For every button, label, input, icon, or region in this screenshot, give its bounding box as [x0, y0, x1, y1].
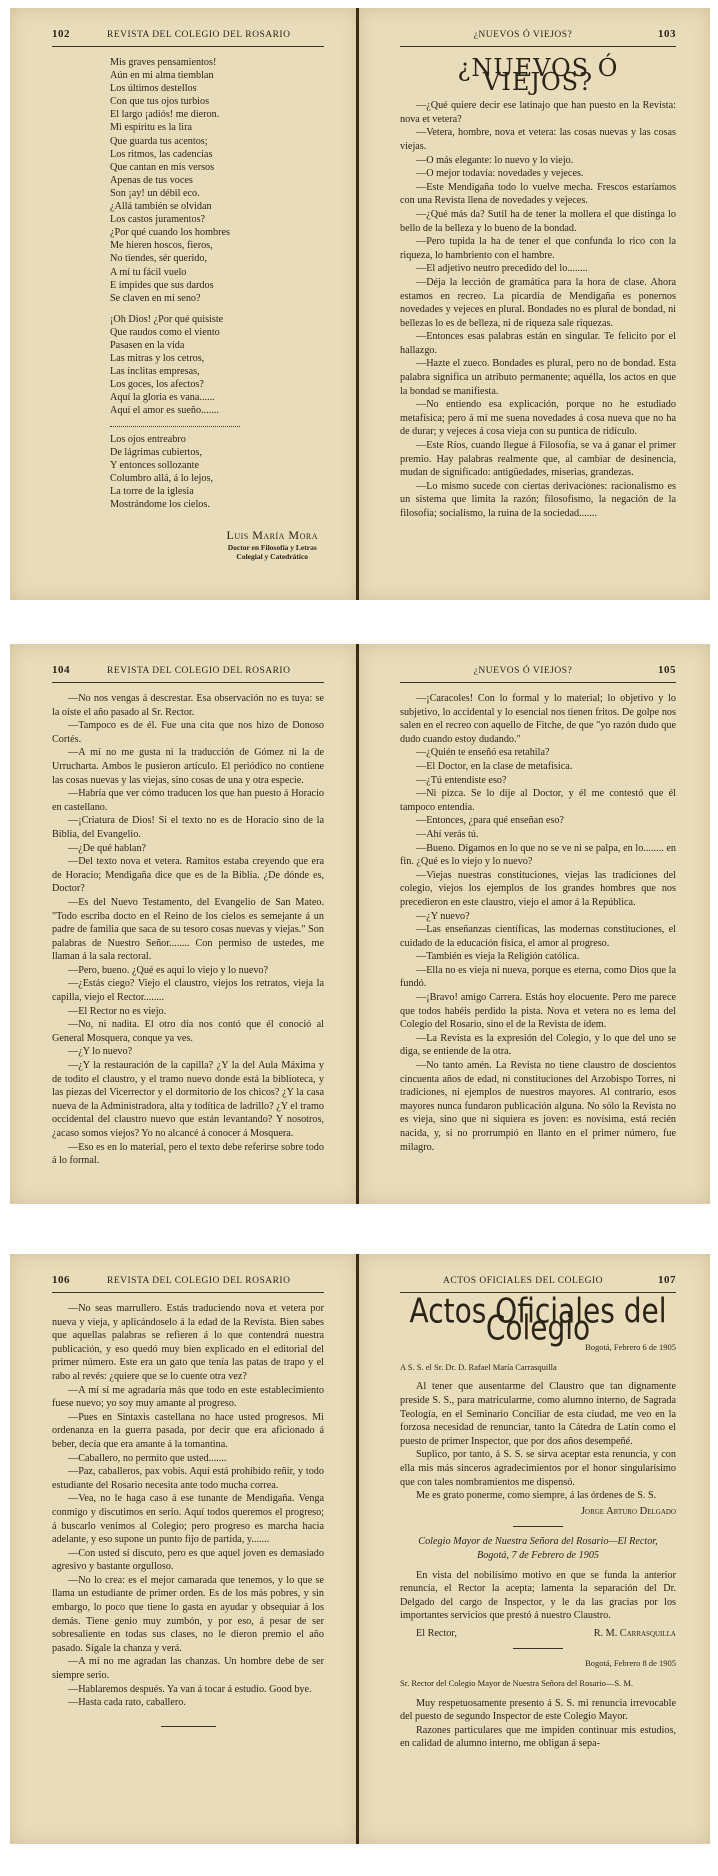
section-title: Actos Oficiales del Colegio [400, 1303, 676, 1336]
paragraph: Suplico, por tanto, á S. S. se sirva ace… [400, 1448, 676, 1489]
paragraph: —Ella no es vieja ni nueva, porque es et… [400, 964, 676, 991]
spread-106-107: 106 Revista del Colegio del Rosario —No … [0, 1254, 718, 1844]
poem-line: Pasasen en la vida [110, 339, 240, 352]
spread-104-105: 104 Revista del Colegio del Rosario —No … [0, 644, 718, 1204]
author-name: Luis María Mora [226, 528, 318, 543]
paragraph: —Hazte el zueco. Bondades es plural, per… [400, 357, 676, 398]
paragraph: —No, ni nadita. El otro día nos contó qu… [52, 1018, 324, 1045]
page-number: 105 [658, 664, 676, 676]
poem-line: Columbro allá, á lo lejos, [110, 472, 240, 485]
paragraph: —Ni pizca. Se lo dije al Doctor, y él me… [400, 787, 676, 814]
page-103: ¿Nuevos ó viejos? 103 ¿NUEVOS Ó VIEJOS? … [358, 8, 710, 600]
paragraph: —¿Y lo nuevo? [52, 1045, 324, 1059]
paragraph: —Es del Nuevo Testamento, del Evangelio … [52, 896, 324, 964]
poem-line: Las ínclitas empresas, [110, 365, 240, 378]
paragraph: —Hasta cada rato, caballero. [52, 1696, 324, 1710]
poem-line: Los ojos entreabro [110, 433, 240, 446]
paragraph: —El adjetivo neutro precedido del lo....… [400, 262, 676, 276]
page-number: 104 [52, 664, 70, 676]
paragraph: Razones particulares que me impiden cont… [400, 1724, 676, 1751]
page-107: Actos oficiales del Colegio 107 Actos Of… [358, 1254, 710, 1844]
running-head: ¿Nuevos ó viejos? 105 [400, 664, 676, 683]
running-title: Revista del Colegio del Rosario [107, 30, 290, 40]
poem-line: Que cantan en mis versos [110, 161, 240, 174]
poem-signature: Luis María Mora Doctor en Filosofía y Le… [226, 528, 318, 561]
section-rule [513, 1526, 563, 1527]
poem-line: Aún en mi alma tiemblan [110, 69, 240, 82]
paragraph: —Entonces, ¿para qué enseñan eso? [400, 814, 676, 828]
poem-line: De lágrimas cubiertos, [110, 446, 240, 459]
paragraph: —¿Estás ciego? Viejo el claustro, viejos… [52, 977, 324, 1004]
page-number: 102 [52, 28, 70, 40]
running-title: Actos oficiales del Colegio [400, 1276, 646, 1286]
paragraph: —Habría que ver cómo traducen los que ha… [52, 787, 324, 814]
poem-line: ¿Por qué cuando los hombres [110, 226, 240, 239]
article-body: —¡Caracoles! Con lo formal y lo material… [400, 692, 676, 1154]
letter-date: Bogotá, Febrero 8 de 1905 [400, 1657, 676, 1671]
letter-paragraphs: Al tener que ausentarme del Claustro que… [400, 1380, 676, 1502]
book-gutter [356, 8, 359, 600]
signoff-left: El Rector, [400, 1627, 457, 1641]
poem-line: Mostrándome los cielos. [110, 498, 240, 511]
paragraph: Al tener que ausentarme del Claustro que… [400, 1380, 676, 1448]
article-body: Actos Oficiales del Colegio Bogotá, Febr… [400, 1302, 676, 1751]
paragraph: —Pues en Sintaxis castellana no hace ust… [52, 1411, 324, 1452]
poem-stanza: Los ojos entreabroDe lágrimas cubiertos,… [110, 433, 240, 512]
paragraph: —Bueno. Digamos en lo que no se ve ni se… [400, 842, 676, 869]
poem-line: Aquí la gloria es vana...... [110, 391, 240, 404]
letter-addressee: Sr. Rector del Colegio Mayor de Nuestra … [400, 1677, 676, 1691]
paragraph: —A mí no me agradan las chanzas. Un homb… [52, 1655, 324, 1682]
paragraph: —Hablaremos después. Ya van á tocar á es… [52, 1683, 324, 1697]
poem-line: Con que tus ojos turbios [110, 95, 240, 108]
resolution-heading: Colegio Mayor de Nuestra Señora del Rosa… [400, 1535, 676, 1549]
paragraph: —No tanto amén. La Revista no tiene clau… [400, 1059, 676, 1154]
end-rule [161, 1726, 216, 1727]
resolution-paragraph: En vista del nobilísimo motivo en que se… [400, 1569, 676, 1623]
paragraph: —¿Tú entendiste eso? [400, 774, 676, 788]
paragraph: —A mí no me gusta ni la traducción de Gó… [52, 746, 324, 787]
paragraph: —Las enseñanzas científicas, las moderna… [400, 923, 676, 950]
article-body: ¿NUEVOS Ó VIEJOS? —¿Qué quiere decir ese… [400, 56, 676, 521]
letter-paragraphs: Muy respetuosamente presento á S. S. mi … [400, 1697, 676, 1751]
paragraph: —El Doctor, en la clase de metafísica. [400, 760, 676, 774]
book-gutter [356, 644, 359, 1204]
paragraph: —¡Bravo! amigo Carrera. Estás hoy elocue… [400, 991, 676, 1032]
poem-line: Los ritmos, las cadencias [110, 148, 240, 161]
page-105: ¿Nuevos ó viejos? 105 —¡Caracoles! Con l… [358, 644, 710, 1204]
poem-line: Y entonces sollozante [110, 459, 240, 472]
paragraph: —Con usted sí discuto, pero es que aquel… [52, 1547, 324, 1574]
paragraph: —Este Mendigaña todo lo vuelve mecha. Fr… [400, 181, 676, 208]
paragraph: —No entiendo esa explicación, porque no … [400, 398, 676, 439]
paragraph: —Lo mismo sucede con ciertas derivacione… [400, 480, 676, 521]
poem-line: Mis graves pensamientos! [110, 56, 240, 69]
page-number: 106 [52, 1274, 70, 1286]
article-body: —No nos vengas á descrestar. Esa observa… [52, 692, 324, 1168]
paragraph: —¿Quién te enseñó esa retahila? [400, 746, 676, 760]
running-title: ¿Nuevos ó viejos? [400, 666, 646, 676]
author-credential: Doctor en Filosofía y Letras [226, 543, 318, 552]
paragraph: —El Rector no es viejo. [52, 1005, 324, 1019]
spread-102-103: 102 Revista del Colegio del Rosario Mis … [0, 8, 718, 600]
paragraph: —Vetera, hombre, nova et vetera: las cos… [400, 126, 676, 153]
resolution-signoff: El Rector, R. M. Carrasquilla [400, 1627, 676, 1641]
running-head: 104 Revista del Colegio del Rosario [52, 664, 324, 683]
page-number: 103 [658, 28, 676, 40]
running-title: Revista del Colegio del Rosario [107, 1276, 290, 1286]
poem-line: ¿Allá también se olvidan [110, 200, 240, 213]
poem-line: Los últimos destellos [110, 82, 240, 95]
page-104: 104 Revista del Colegio del Rosario —No … [10, 644, 358, 1204]
section-rule [513, 1648, 563, 1649]
paragraph: —Entonces esas palabras están en singula… [400, 330, 676, 357]
poem-line: Que raudos como el viento [110, 326, 240, 339]
signoff-right: R. M. Carrasquilla [594, 1627, 676, 1641]
paragraph: —Este Ríos, cuando llegue á Filosofía, s… [400, 439, 676, 480]
poem-line: ¡Oh Dios! ¿Por qué quisiste [110, 313, 240, 326]
paragraph: —A mí sí me agradaría más que todo en es… [52, 1384, 324, 1411]
poem-line: Apenas de tus voces [110, 174, 240, 187]
poem-line: A mí tu fácil vuelo [110, 266, 240, 279]
running-head: 106 Revista del Colegio del Rosario [52, 1274, 324, 1293]
paragraph: —También es vieja la Religión católica. [400, 950, 676, 964]
running-head: Actos oficiales del Colegio 107 [400, 1274, 676, 1293]
poem-line: No tiendes, sér querido, [110, 252, 240, 265]
article-body: —No seas marrullero. Estás traduciendo n… [52, 1302, 324, 1727]
page-102: 102 Revista del Colegio del Rosario Mis … [10, 8, 358, 600]
paragraph: —No lo crea: es el mejor camarada que te… [52, 1574, 324, 1656]
paragraph: —¿Qué quiere decir ese latinajo que han … [400, 99, 676, 126]
running-title: ¿Nuevos ó viejos? [400, 30, 646, 40]
paragraph: —Del texto nova et vetera. Ramitos estab… [52, 855, 324, 896]
paragraph: —No nos vengas á descrestar. Esa observa… [52, 692, 324, 719]
paragraph: Me es grato ponerme, como siempre, á las… [400, 1489, 676, 1503]
paragraph: —Viejas nuestras constituciones, viejas … [400, 869, 676, 910]
paragraphs: —¿Qué quiere decir ese latinajo que han … [400, 99, 676, 520]
paragraph: —¿De qué hablan? [52, 842, 324, 856]
running-head: 102 Revista del Colegio del Rosario [52, 28, 324, 47]
running-head: ¿Nuevos ó viejos? 103 [400, 28, 676, 47]
page-number: 107 [658, 1274, 676, 1286]
paragraph: Muy respetuosamente presento á S. S. mi … [400, 1697, 676, 1724]
book-gutter [356, 1254, 359, 1844]
paragraph: —¡Criatura de Dios! Si el texto no es de… [52, 814, 324, 841]
poem-line: Las mitras y los cetros, [110, 352, 240, 365]
paragraph: —Paz, caballeros, pax vobis. Aquí está p… [52, 1465, 324, 1492]
paragraph: —¡Caracoles! Con lo formal y lo material… [400, 692, 676, 746]
paragraph: —Ahí verás tú. [400, 828, 676, 842]
dotted-separator [110, 426, 240, 427]
poem-stanza: ¡Oh Dios! ¿Por qué quisisteQue raudos co… [110, 313, 240, 418]
paragraph: —¿Qué más da? Sutil ha de tener la molle… [400, 208, 676, 235]
poem-line: E impides que sus dardos [110, 279, 240, 292]
running-title: Revista del Colegio del Rosario [107, 666, 290, 676]
poem-line: Son ¡ay! un débil eco. [110, 187, 240, 200]
resolution-date: Bogotá, 7 de Febrero de 1905 [400, 1549, 676, 1563]
paragraph: —Tampoco es de él. Fue una cita que nos … [52, 719, 324, 746]
paragraph: —No seas marrullero. Estás traduciendo n… [52, 1302, 324, 1384]
page-106: 106 Revista del Colegio del Rosario —No … [10, 1254, 358, 1844]
letter-addressee: A S. S. el Sr. Dr. D. Rafael María Carra… [400, 1361, 676, 1375]
paragraph: —Pero, bueno. ¿Qué es aquí lo viejo y lo… [52, 964, 324, 978]
paragraph: —Eso es en lo material, pero el texto de… [52, 1141, 324, 1168]
poem-line: Mi espíritu es la lira [110, 121, 240, 134]
poem-line: Se claven en mi seno? [110, 292, 240, 305]
paragraph: —¿Y nuevo? [400, 910, 676, 924]
letter-signer: Jorge Arturo Delgado [400, 1505, 676, 1519]
paragraph: —¿Y la restauración de la capilla? ¿Y la… [52, 1059, 324, 1141]
paragraph: —Déja la lección de gramática para la ho… [400, 276, 676, 330]
poem-line: Los goces, los afectos? [110, 378, 240, 391]
poem: Mis graves pensamientos!Aún en mi alma t… [110, 56, 240, 519]
poem-line: La torre de la iglesia [110, 485, 240, 498]
poem-line: El largo ¡adiós! me dieron. [110, 108, 240, 121]
article-title: ¿NUEVOS Ó VIEJOS? [400, 62, 676, 89]
paragraph: —Pero tupida la ha de tener el que confu… [400, 235, 676, 262]
paragraph: —O mejor todavía: novedades y vejeces. [400, 167, 676, 181]
paragraphs: —No seas marrullero. Estás traduciendo n… [52, 1302, 324, 1710]
poem-line: Los castos juramentos? [110, 213, 240, 226]
paragraph: —Caballero, no permito que usted....... [52, 1452, 324, 1466]
paragraph: —O más elegante: lo nuevo y lo viejo. [400, 154, 676, 168]
paragraph: —La Revista es la expresión del Colegio,… [400, 1032, 676, 1059]
poem-line: Aquí el amor es sueño....... [110, 404, 240, 417]
author-credential: Colegial y Catedrático [226, 552, 318, 561]
poem-line: Me hieren hoscos, fieros, [110, 239, 240, 252]
paragraph: —Vea, no le haga caso á ese tunante de M… [52, 1492, 324, 1546]
poem-stanza: Mis graves pensamientos!Aún en mi alma t… [110, 56, 240, 305]
poem-line: Que guarda tus acentos; [110, 135, 240, 148]
